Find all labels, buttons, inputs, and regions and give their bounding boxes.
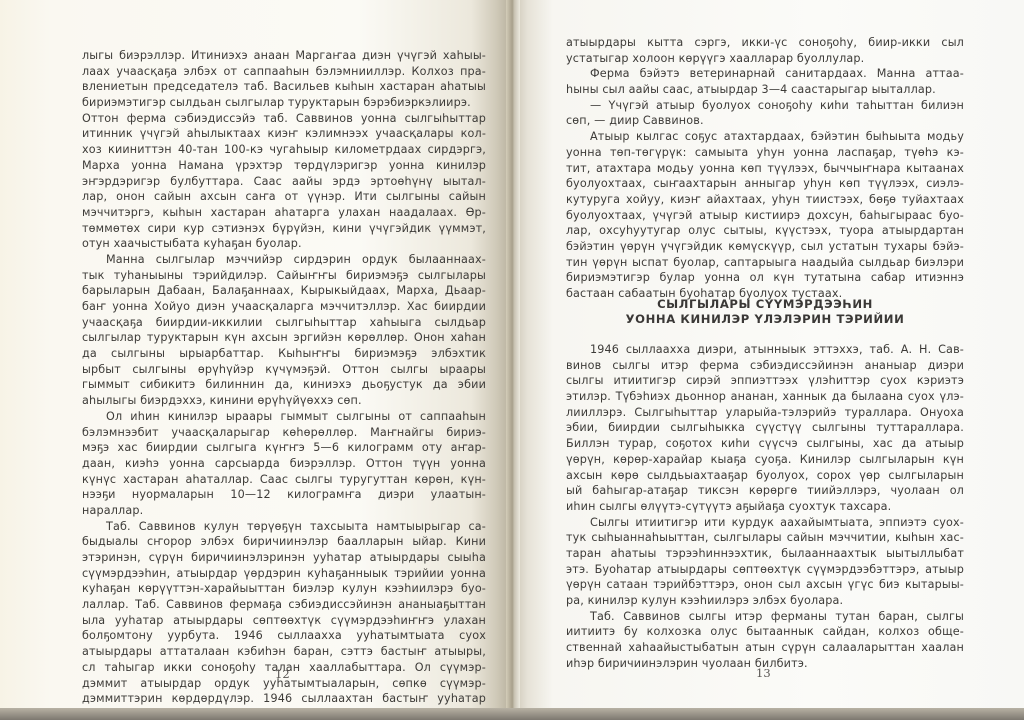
text-line: влениетын председателэ таб. Васильев кыһ… bbox=[82, 79, 486, 95]
book-spread: лыгы биэрэллэр. Итиниэхэ анаан Маргаҥаа … bbox=[0, 0, 1024, 712]
text-line: лаах учаасқаҕа элбэх от саппааһын бэлэмн… bbox=[82, 64, 486, 80]
book-gutter bbox=[506, 0, 520, 712]
text-line: 1946 сыллаахха диэри, атынныык эттэххэ, … bbox=[566, 342, 964, 358]
section-heading-line-1: СЫЛГЫЛАРЫ СҮҮМЭРДЭЭҺИН bbox=[566, 297, 964, 312]
text-line: ственнай хаһаайыстыбатын атын сүрүн сала… bbox=[566, 640, 964, 656]
text-line: таран аһатыы тэрээһиннээхтик, былааннаах… bbox=[566, 546, 964, 562]
text-line: итинник үчүгэй аһылыктаах киэҥ кэлимнээх… bbox=[82, 126, 486, 142]
text-line: лииллэрэ. Сылгыһыттар уларыйа-тэлэрийэ т… bbox=[566, 405, 964, 421]
left-page-body: лыгы биэрэллэр. Итиниэхэ анаан Маргаҥаа … bbox=[82, 48, 486, 707]
text-line: ырбыт сылгыны өрүһүйэр күчүмэҕэй. Оттон … bbox=[82, 362, 486, 378]
text-line: уонна төп-төгүрүк: самыыта уһун уонна ла… bbox=[566, 145, 964, 161]
text-line: Ферма бэйэтэ ветеринарнай санитардаах. М… bbox=[566, 66, 964, 82]
text-line: күнүс хастаран аһаталлар. Саас сылгы тур… bbox=[82, 472, 486, 488]
text-line: буолуохтаах, үчүгэй атыыр кистиирэ дохсу… bbox=[566, 208, 964, 224]
section-heading: СЫЛГЫЛАРЫ СҮҮМЭРДЭЭҺИН УОННА КИНИЛЭР ҮЛЭ… bbox=[566, 297, 964, 327]
text-line: лыгы биэрэллэр. Итиниэхэ анаан Маргаҥаа … bbox=[82, 48, 486, 64]
text-line: болҕомтону уурбута. 1946 сыллаахха ууһат… bbox=[82, 628, 486, 644]
text-line: бириэмэтигэр булар уонна ол күн тутатына… bbox=[566, 270, 964, 286]
text-line: — Үчүгэй атыыр буолуох соноҕоһу киһи таһ… bbox=[566, 98, 964, 114]
text-line: иитиитэ бу колхозка олус бытааннык сайда… bbox=[566, 624, 964, 640]
text-line: отун хаачыстыбата куһаҕан буолар. bbox=[82, 236, 486, 252]
text-line: ыла ууһатар атыырдары сөптөөхтүк сүүмэрд… bbox=[82, 613, 486, 629]
text-line: устатыгар холоон көрүүгэ хааллаpар буолл… bbox=[566, 51, 964, 67]
text-line: куһаҕан көрүүттэн-харайыыттан биэлэр кул… bbox=[82, 581, 486, 597]
page-number-right: 13 bbox=[756, 666, 771, 680]
text-line: тук сыһыаннаһыыттан, сылгылары сайын мэч… bbox=[566, 530, 964, 546]
right-page-body-top: атыырдары кытта сэргэ, икки-үс соноҕоһу,… bbox=[566, 35, 964, 302]
text-line: эҥэрдэригэр булбуттара. Саас аайы эрдэ э… bbox=[82, 174, 486, 190]
text-line: тит, атахтара модьу уонна көп түүлээх, б… bbox=[566, 161, 964, 177]
scan-bottom-edge bbox=[0, 708, 1024, 720]
text-line: сүүмэрдээһин, атыырдар үөрдэрин куһаҕанн… bbox=[82, 566, 486, 582]
text-line: хоз кииниттэн 40-тан 100-кэ чугаһыыр кил… bbox=[82, 142, 486, 158]
text-line: атыырдары кытта сэргэ, икки-үс соноҕоһу,… bbox=[566, 35, 964, 51]
text-line: тык туһаныыны тэрийдилэр. Сайыҥҥы бириэм… bbox=[82, 268, 486, 284]
text-line: ахсын көрө сылдьыахтааҕар буолуох, сорох… bbox=[566, 468, 964, 484]
text-line: тин үөрүн ыспат буолар, саптарыыга наады… bbox=[566, 255, 964, 271]
text-line: этилэр. Түбэһиэх дьоннор ананан, ханнык … bbox=[566, 389, 964, 405]
text-line: лаллар. Таб. Саввинов фермаҕа сэбиэдиссэ… bbox=[82, 597, 486, 613]
text-line: Оттон ферма сэбиэдиссэйэ таб. Саввинов у… bbox=[82, 111, 486, 127]
section-heading-line-2: УОННА КИНИЛЭР ҮЛЭЛЭРИН ТЭРИЙИИ bbox=[566, 312, 964, 327]
text-line: нээҕи нуормаларын 10—12 килограмҥа диэри… bbox=[82, 487, 486, 503]
text-line: мэҕэ хас биирдии сылгыга күҥҥэ 5—6 килог… bbox=[82, 440, 486, 456]
text-line: Сылгы итиитигэр ити курдук аахайымтыата,… bbox=[566, 515, 964, 531]
text-line: этэринэн, сүрүн биричиинэлэринэн ууһатар… bbox=[82, 550, 486, 566]
text-line: Манна сылгылар мэччийэр сирдэрин ордук б… bbox=[82, 252, 486, 268]
text-line: сылгылар туруктарын күн ахсын эргийэн кө… bbox=[82, 330, 486, 346]
text-line: буолуохтаах, сыҥаахтарын анныгар уһун кө… bbox=[566, 176, 964, 192]
text-line: бэйэтин үөрүн үчүгэйдик көмүскүүр, сыл у… bbox=[566, 239, 964, 255]
text-line: сылгы итиитигэр сирэй эппиэттээх үлэһитт… bbox=[566, 373, 964, 389]
text-line: Таб. Саввинов кулун төрүөҕүн тахсыыта на… bbox=[82, 519, 486, 535]
text-line: атыырдары аттаталаан кэбиһэн баран, сэтт… bbox=[82, 644, 486, 660]
text-line: дэммиттэрин көрдөрдүлэр. 1946 сыллаахтан… bbox=[82, 691, 486, 707]
text-line: бириэмэтигэр сылдьан сылгылар туруктарын… bbox=[82, 95, 486, 111]
text-line: Атыыр кылгас соҕус атахтардаах, бэйэтин … bbox=[566, 129, 964, 145]
text-line: учаасқаҕа биирдии-иккилии сылгыһыттар ха… bbox=[82, 315, 486, 331]
page-number-left: 12 bbox=[275, 667, 290, 681]
text-line: һыны сыл аайы саас, атыырдар 3—4 саастар… bbox=[566, 82, 964, 98]
text-line: лар, охсуһуутугар олус сытыы, күүстээх, … bbox=[566, 223, 964, 239]
text-line: ра, кинилэр кулун кээһиилэрэ элбэх буола… bbox=[566, 593, 964, 609]
text-line: аһылыгы биэрдэххэ, кинини өрүһүйүөххэ сө… bbox=[82, 393, 486, 409]
text-line: винов сылгы итэр ферма сэбиэдиссэйинэн а… bbox=[566, 358, 964, 374]
text-line: да сылгыны ырыарбаттар. Кыһыҥҥы бириэмэҕ… bbox=[82, 346, 486, 362]
text-line: сөп, — диир Саввинов. bbox=[566, 113, 964, 129]
text-line: Марха уонна Намана үрэхтэр төрдүлэригэр … bbox=[82, 158, 486, 174]
text-line: иһин сылгы өлүүтэ-сүтүүтэ аҕыйаҕа суохту… bbox=[566, 499, 964, 515]
text-line: барыларын Дабаан, Балаҕаннаах, Кырыкыйда… bbox=[82, 283, 486, 299]
text-line: ый баһыгар-атаҕар тиксэн көрөргө тиийэлл… bbox=[566, 483, 964, 499]
text-line: Таб. Саввинов сылгы итэр ферманы тутан б… bbox=[566, 609, 964, 625]
text-line: бэлэмнээбит учаасқаларыгар көһөрөллөр. М… bbox=[82, 425, 486, 441]
text-line: үөрүн, көрөр-харайар кыаҕа суоҕа. Кинилэ… bbox=[566, 452, 964, 468]
text-line: баҥ уонна Хойуо диэн учаасқаларга мэччит… bbox=[82, 299, 486, 315]
text-line: лар, онон сайын ахсын саҥа от үүнэр. Ити… bbox=[82, 189, 486, 205]
text-line: даан, киэһэ уонна сарсыарда биэрэллэр. О… bbox=[82, 456, 486, 472]
text-line: этэ. Буоһатар атыырдары сөптөөхтүк сүүмэ… bbox=[566, 562, 964, 578]
text-line: үөрүн сатаан тэрийбэттэрэ, онон сыл ахсы… bbox=[566, 577, 964, 593]
text-line: кутуруга хойуу, киэҥ айахтаах, уһун тиис… bbox=[566, 192, 964, 208]
right-page-body-bottom: 1946 сыллаахха диэри, атынныык эттэххэ, … bbox=[566, 342, 964, 671]
text-line: гыммыт сибикитэ билиннин да, киниэхэ дьо… bbox=[82, 377, 486, 393]
text-line: мэччитэргэ, кыһын хастаран аһатарга улах… bbox=[82, 205, 486, 221]
text-line: төммөтөх сири кур сэтиэнэх бүрүйэн, кини… bbox=[82, 221, 486, 237]
text-line: Биллэн турар, соҕотох киһи сүүсчэ сылгын… bbox=[566, 436, 964, 452]
text-line: эбии, биирдии сылгыһыкка сүүстүү сылгыны… bbox=[566, 420, 964, 436]
text-line: Ол иһин кинилэр ыраары гыммыт сылгыны от… bbox=[82, 409, 486, 425]
text-line: быдыалы сҥорор элбэх биричиинэлэр баалла… bbox=[82, 534, 486, 550]
text-line: нараллар. bbox=[82, 503, 486, 519]
